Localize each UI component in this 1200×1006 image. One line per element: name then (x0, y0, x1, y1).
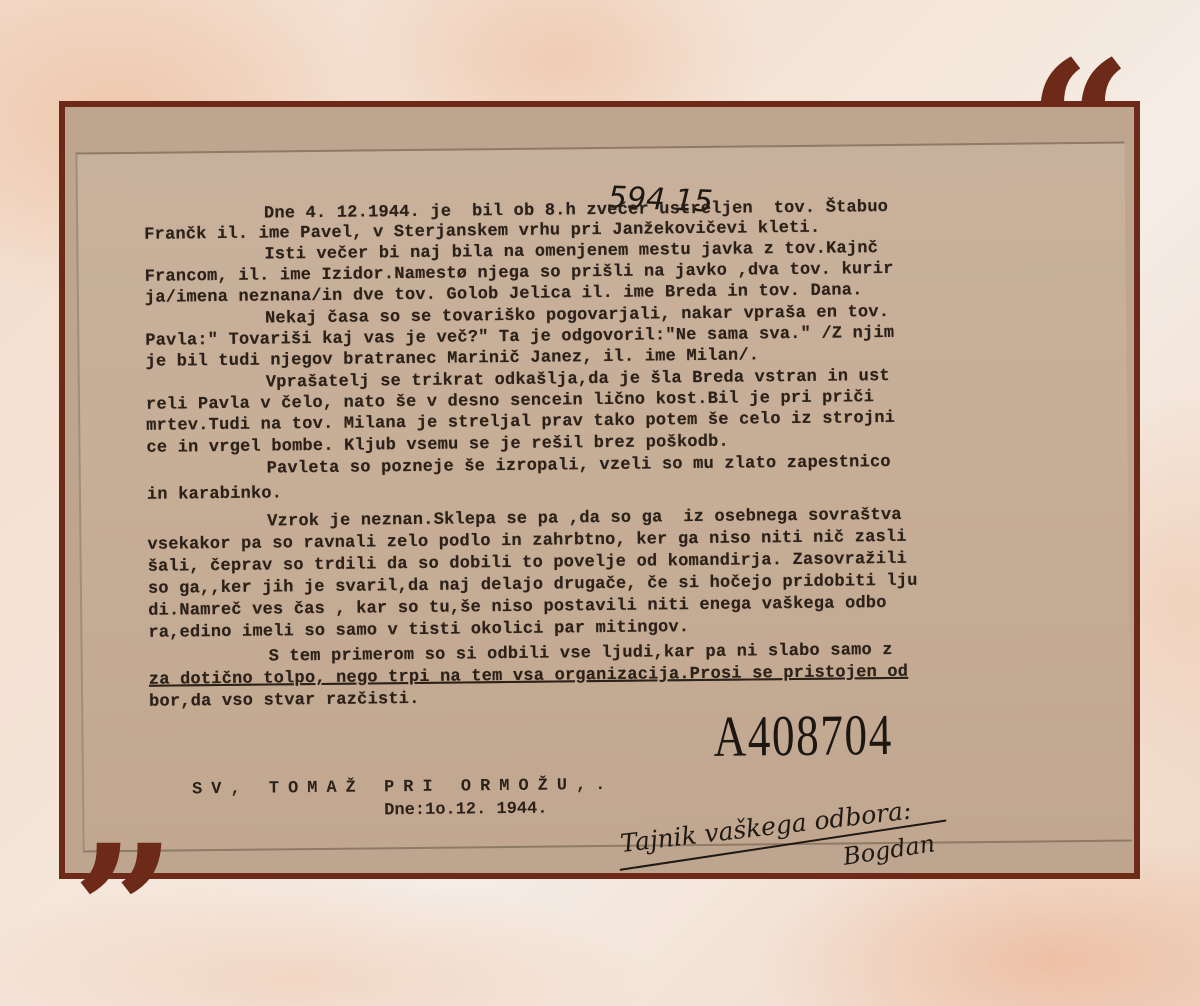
typewritten-document: 594 15 Dne 4. 12.1944. je bil ob 8.h zve… (75, 142, 1131, 853)
doc-line: bor,da vso stvar razčisti. (149, 690, 420, 712)
document-body: 594 15 Dne 4. 12.1944. je bil ob 8.h zve… (77, 144, 1131, 851)
doc-line: in karabinko. (147, 484, 282, 504)
doc-line: ce in vrgel bombe. Kljub vsemu se je reš… (146, 433, 729, 458)
document-frame: 594 15 Dne 4. 12.1944. je bil ob 8.h zve… (59, 101, 1140, 879)
closing-quote-icon: ” (72, 822, 158, 1002)
doc-line: di.Namreč ves čas , kar so tu,še niso po… (148, 594, 887, 621)
doc-line-underlined: za dotično tolpo, nego trpi na tem vsa o… (149, 663, 908, 690)
doc-line: ra,edino imeli so samo v tisti okolici p… (148, 618, 689, 643)
doc-line: je bil tudi njegov bratranec Marinič Jan… (145, 346, 759, 371)
doc-line: Pavla:" Tovariši kaj vas je več?" Ta je … (145, 324, 894, 351)
doc-line: Pavleta so pozneje še izropali, vzeli so… (267, 453, 891, 479)
date-line: Dne:1o.12. 1944. (384, 800, 547, 821)
signature-name: Bogdan (841, 829, 937, 871)
doc-line: Vzrok je neznan.Sklepa se pa ,da so ga i… (267, 506, 902, 532)
place-line: SV, TOMAŽ PRI ORMOŽU,. (192, 776, 615, 799)
stamp-number: A408704 (713, 701, 893, 770)
doc-line: S tem primerom so si odbili vse ljudi,ka… (269, 641, 893, 667)
